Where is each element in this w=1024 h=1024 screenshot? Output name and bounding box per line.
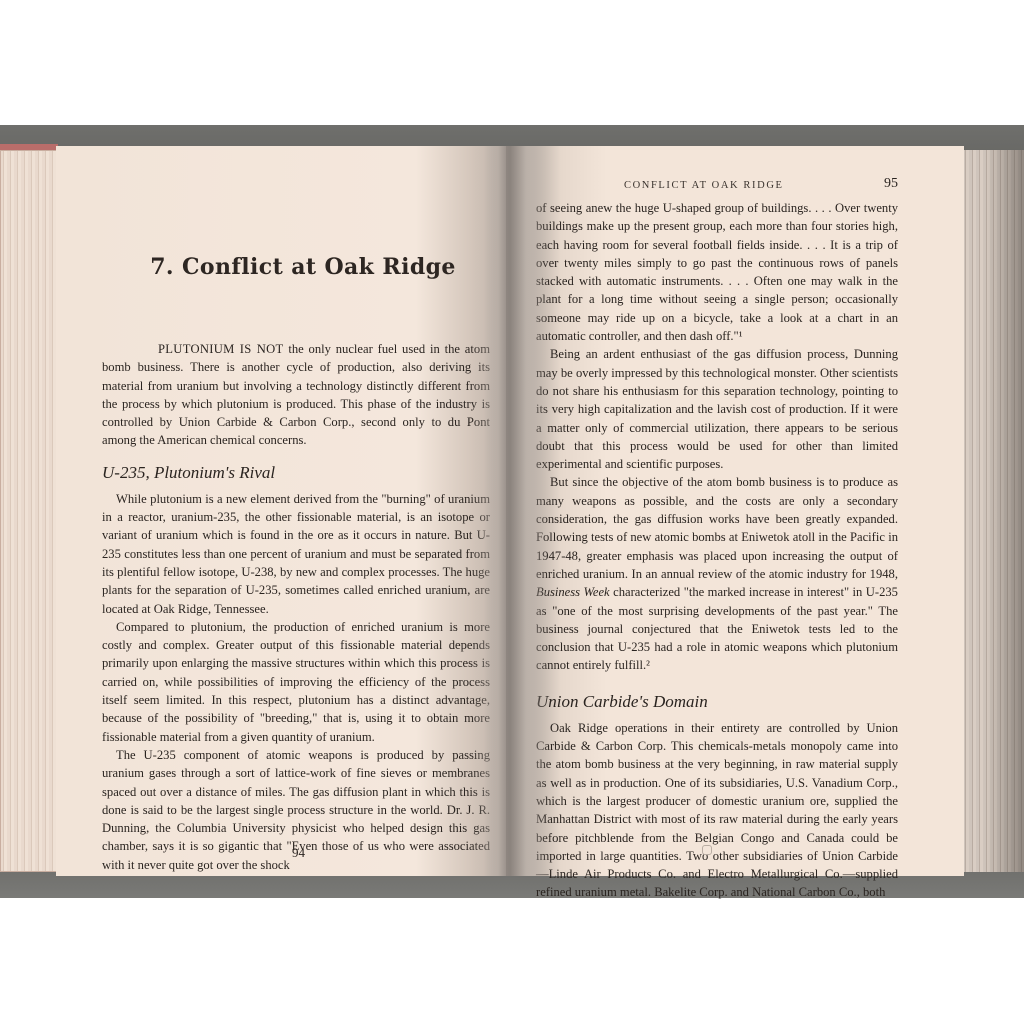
right-page-text: of seeing anew the huge U-shaped group o…: [536, 199, 898, 902]
section-heading: Union Carbide's Domain: [536, 691, 898, 713]
paragraph: But since the objective of the atom bomb…: [536, 473, 898, 674]
page-mark: [702, 845, 712, 855]
paragraph: of seeing anew the huge U-shaped group o…: [536, 199, 898, 345]
paragraph: Compared to plutonium, the production of…: [102, 618, 490, 746]
page-number-right: 95: [884, 176, 898, 192]
left-page-stack-edges: [0, 150, 58, 872]
opening-smallcaps: PLUTONIUM IS NOT: [158, 342, 283, 356]
paragraph: While plutonium is a new element derived…: [102, 490, 490, 618]
paragraph: Being an ardent enthusiast of the gas di…: [536, 345, 898, 473]
section-heading: U-235, Plutonium's Rival: [102, 462, 490, 484]
running-head: CONFLICT AT OAK RIDGE: [624, 180, 784, 191]
left-page-text: PLUTONIUM IS NOT the only nuclear fuel u…: [102, 340, 490, 874]
right-page-stack-edges: [962, 150, 1024, 872]
chapter-title: 7. Conflict at Oak Ridge: [118, 254, 488, 280]
publication-title: Business Week: [536, 585, 610, 599]
opening-paragraph: PLUTONIUM IS NOT the only nuclear fuel u…: [102, 340, 490, 450]
paragraph: Oak Ridge operations in their entirety a…: [536, 719, 898, 902]
page-number-left: 94: [292, 845, 305, 861]
